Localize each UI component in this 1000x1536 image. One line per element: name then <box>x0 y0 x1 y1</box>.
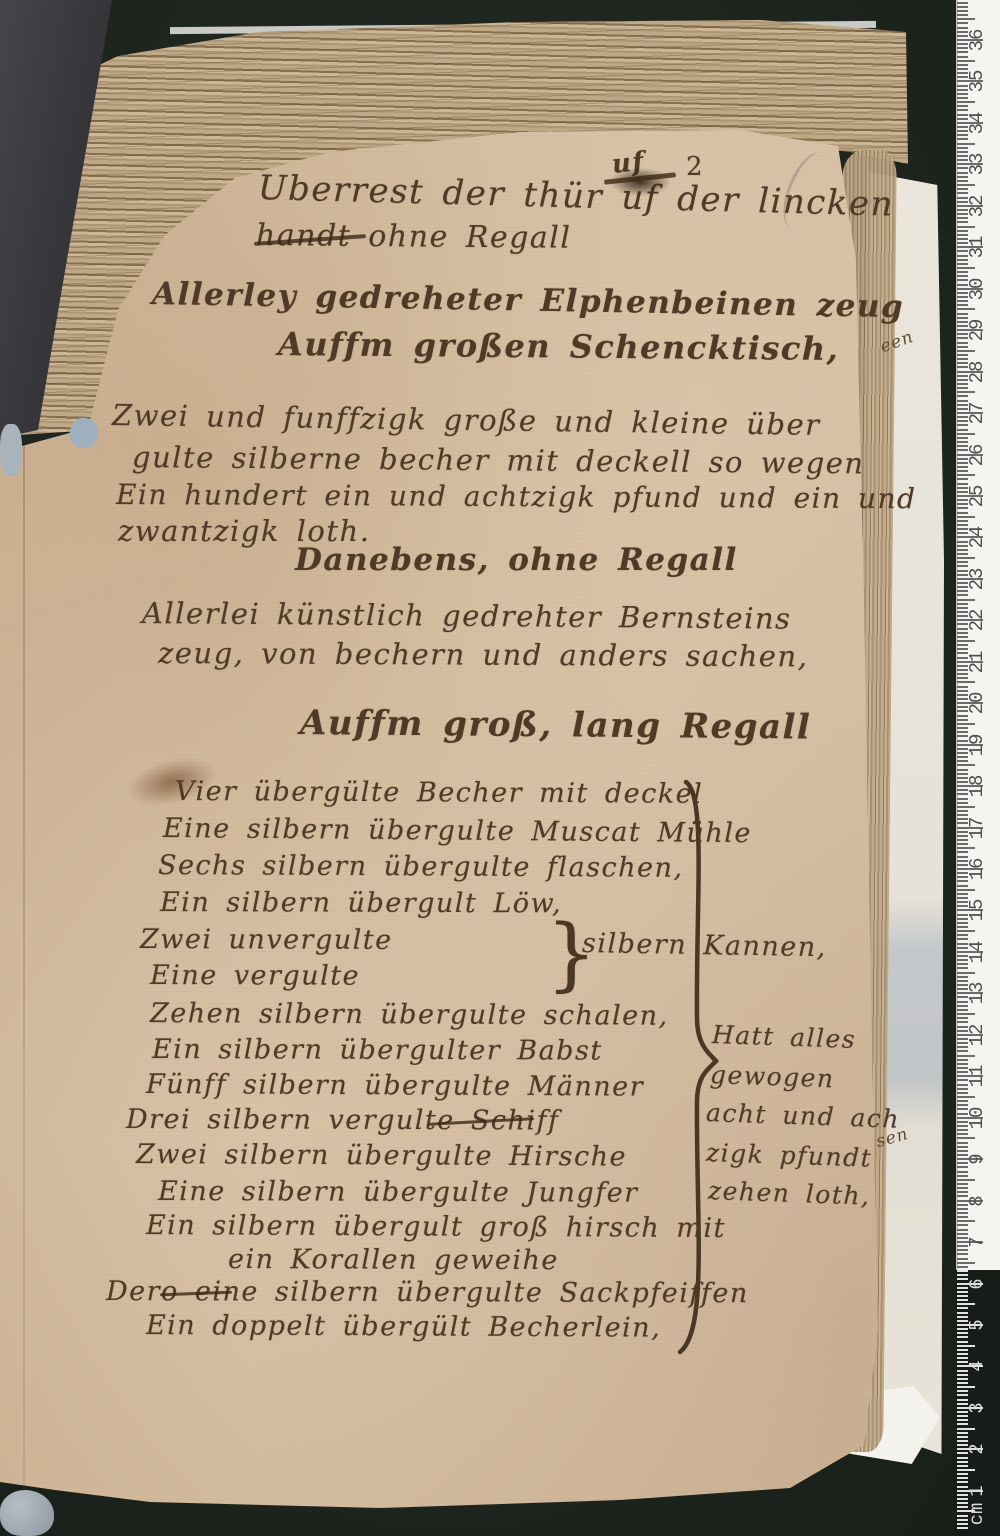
marginal-note-line: Hatt alles <box>711 1020 856 1054</box>
ruler-tick <box>957 383 968 385</box>
ruler-tick <box>957 1150 968 1152</box>
ruler-tick <box>957 1088 968 1090</box>
ruler-tick <box>957 147 968 149</box>
ruler-tick <box>957 1274 968 1276</box>
list-item: Eine silbern übergulte Jungfer <box>158 1176 639 1209</box>
ruler-number: 29 <box>969 315 985 345</box>
ruler-tick <box>957 806 975 808</box>
ruler-tick <box>957 1374 968 1376</box>
ruler-tick <box>957 632 968 634</box>
ruler-tick <box>957 1336 968 1338</box>
ruler-number: 30 <box>969 274 985 304</box>
page-weight <box>0 1490 54 1536</box>
ruler-tick <box>957 1527 968 1529</box>
ruler-tick <box>957 673 968 675</box>
list-item: Eine silbern übergulte Muscat Mühle <box>163 813 752 849</box>
ruler-tick <box>957 134 968 136</box>
ruler-tick <box>957 10 968 12</box>
ruler-tick <box>957 520 968 522</box>
ruler-tick <box>957 395 968 397</box>
list-item: Vier übergülte Becher mit deckel <box>175 776 703 810</box>
ruler-tick <box>957 1498 968 1500</box>
ruler-tick <box>957 358 968 360</box>
ruler-tick <box>957 1295 968 1297</box>
ruler-tick <box>957 636 968 638</box>
ruler-tick <box>957 1191 968 1193</box>
ruler-tick <box>957 354 968 356</box>
ruler-tick <box>957 516 975 518</box>
section-heading: Danebens, ohne Regall <box>295 542 738 578</box>
ruler-tick <box>957 217 968 219</box>
ruler-tick <box>957 308 975 310</box>
ruler-tick <box>957 731 968 733</box>
ruler-tick <box>957 474 975 476</box>
ruler-number: 27 <box>969 398 985 428</box>
ruler-tick <box>957 599 975 601</box>
ruler-number: 9 <box>969 1144 985 1174</box>
ruler-tick <box>957 429 968 431</box>
ruler-tick <box>957 1253 968 1255</box>
list-item: Zwei silbern übergulte Hirsche <box>136 1139 627 1173</box>
ruler-tick <box>957 723 975 725</box>
ruler-tick <box>957 1299 968 1301</box>
ruler-tick <box>957 1258 968 1260</box>
ruler-tick <box>957 391 975 393</box>
ruler-tick <box>957 1291 968 1293</box>
ruler-tick <box>957 1332 968 1334</box>
ruler-tick <box>957 839 968 841</box>
ruler-tick <box>957 967 968 969</box>
ruler-tick <box>957 1166 968 1168</box>
ruler-tick <box>957 60 975 62</box>
ruler-tick <box>957 263 968 265</box>
ruler-tick <box>957 681 975 683</box>
ruler-tick <box>957 851 968 853</box>
ruler-number: 6 <box>969 1269 985 1299</box>
ruler-tick <box>957 226 975 228</box>
ruler-tick <box>957 22 968 24</box>
ruler-tick <box>957 810 968 812</box>
list-item: ein Korallen geweihe <box>228 1244 559 1276</box>
ruler-tick <box>957 1137 975 1139</box>
ruler-tick <box>957 1220 975 1222</box>
ruler-tick <box>957 1187 968 1189</box>
ruler-tick <box>957 1469 975 1471</box>
ruler-tick <box>957 557 975 559</box>
list-brace <box>672 778 724 1360</box>
ruler-tick <box>957 470 968 472</box>
ruler-tick <box>957 1357 968 1359</box>
marginal-note-line: gewogen <box>709 1060 835 1093</box>
ruler-tick <box>957 1092 968 1094</box>
ruler-number: 18 <box>969 771 985 801</box>
title-line: handt ohne Regall <box>256 218 572 256</box>
ruler-tick <box>957 466 968 468</box>
list-item: Fünff silbern übergulte Männer <box>146 1069 644 1103</box>
ruler-number: 5 <box>969 1310 985 1340</box>
binding-cloth-fragment <box>0 424 22 476</box>
ruler-number: 10 <box>969 1103 985 1133</box>
marginal-note-line: zehen loth, <box>707 1176 870 1211</box>
ruler-tick <box>957 686 968 688</box>
ruler-number: 36 <box>969 25 985 55</box>
ruler-tick <box>957 1133 968 1135</box>
ruler-tick <box>957 1428 975 1430</box>
ruler-tick <box>957 640 975 642</box>
photographed-manuscript-scene: 2 } Uberrest der thür uf der linckenhand… <box>0 0 1000 1536</box>
body-line: gulte silberne becher mit deckell so weg… <box>132 440 865 480</box>
ruler-tick <box>957 2 968 4</box>
ruler-tick <box>957 441 968 443</box>
ruler-tick <box>957 1465 968 1467</box>
ruler-number: 22 <box>969 605 985 635</box>
ruler-tick <box>957 1096 975 1098</box>
list-item: Zehen silbern übergulte schalen, <box>150 998 669 1032</box>
ruler-tick <box>957 648 968 650</box>
ruler-tick <box>957 1461 968 1463</box>
ruler-tick <box>957 350 975 352</box>
ruler-tick <box>957 1349 968 1351</box>
ruler-tick <box>957 93 968 95</box>
ruler-tick <box>957 1440 968 1442</box>
ruler-tick <box>957 259 968 261</box>
ruler-tick <box>957 138 968 140</box>
ruler-tick <box>957 1262 975 1264</box>
ruler-tick <box>957 1341 968 1343</box>
ruler-tick <box>957 1436 968 1438</box>
ruler-tick <box>957 437 968 439</box>
ruler-tick <box>957 1390 968 1392</box>
ruler-tick <box>957 342 968 344</box>
ruler-tick <box>957 1104 968 1106</box>
ruler-tick <box>957 1005 968 1007</box>
ruler-tick <box>957 1399 968 1401</box>
ruler-tick <box>957 727 968 729</box>
ruler-tick <box>957 184 975 186</box>
ruler-number: 31 <box>969 232 985 262</box>
ruler-tick <box>957 798 968 800</box>
page-number: 2 <box>686 152 704 182</box>
ruler-tick <box>957 300 968 302</box>
ruler-number: 4 <box>969 1351 985 1381</box>
list-item: Sechs silbern übergulte flaschen, <box>158 850 684 884</box>
ruler-tick <box>957 760 968 762</box>
body-line: Ein hundert ein und achtzigk pfund und e… <box>116 478 917 515</box>
ruler-tick <box>957 1050 968 1052</box>
ruler-tick <box>957 1316 968 1318</box>
ruler-tick <box>957 590 968 592</box>
ruler-tick <box>957 346 968 348</box>
ruler-number: 7 <box>969 1227 985 1257</box>
ruler-tick <box>957 934 968 936</box>
ruler-tick <box>957 893 968 895</box>
ruler-number: 17 <box>969 813 985 843</box>
body-line: zeug, von bechern und anders sachen, <box>158 636 809 673</box>
ruler-tick <box>957 101 975 103</box>
ruler-tick <box>957 1017 968 1019</box>
ruler-tick <box>957 1208 968 1210</box>
ruler-tick <box>957 97 968 99</box>
ruler-tick <box>957 1473 968 1475</box>
ruler-number: 26 <box>969 440 985 470</box>
list-item: Ein doppelt übergült Becherlein, <box>146 1310 661 1344</box>
ruler-number: 11 <box>969 1061 985 1091</box>
ruler-tick <box>957 143 975 145</box>
ruler-number: 32 <box>969 191 985 221</box>
list-item: Zwei unvergulte <box>140 924 393 956</box>
ruler-tick <box>957 976 968 978</box>
ruler-tick <box>957 926 968 928</box>
ruler-tick <box>957 387 968 389</box>
ruler-tick <box>957 603 968 605</box>
ruler-tick <box>957 1378 968 1380</box>
ruler-tick <box>957 105 968 107</box>
ruler-tick <box>957 1382 968 1384</box>
ruler-number: 16 <box>969 854 985 884</box>
ruler-tick <box>957 1046 968 1048</box>
ruler-number: 15 <box>969 895 985 925</box>
ruler-number: 14 <box>969 937 985 967</box>
section-heading: Auffm großen Schencktisch, <box>278 325 840 368</box>
ruler-tick <box>957 1419 968 1421</box>
ruler-tick <box>957 719 968 721</box>
ruler-tick <box>957 1415 968 1417</box>
ruler-tick <box>957 433 975 435</box>
ruler-tick <box>957 1345 975 1347</box>
ruler-number: 13 <box>969 978 985 1008</box>
ruler-tick <box>957 14 968 16</box>
ruler-number: 8 <box>969 1186 985 1216</box>
ruler-tick <box>957 561 968 563</box>
ruler-tick <box>957 64 968 66</box>
ruler-tick <box>957 478 968 480</box>
ruler-tick <box>957 1477 968 1479</box>
ruler-tick <box>957 1270 968 1272</box>
ruler-tick <box>957 549 968 551</box>
ruler-number: 34 <box>969 108 985 138</box>
ruler-tick <box>957 1013 975 1015</box>
ruler-tick <box>957 880 968 882</box>
list-item: Eine vergulte <box>150 960 360 992</box>
ruler-number: 33 <box>969 149 985 179</box>
list-item: Ein silbern übergult Löw, <box>160 887 562 919</box>
ruler-tick <box>957 1216 968 1218</box>
ruler-tick <box>957 1146 968 1148</box>
ruler-tick <box>957 512 968 514</box>
ruler-tick <box>957 180 968 182</box>
ruler-tick <box>957 1009 968 1011</box>
ruler-number: 25 <box>969 481 985 511</box>
ruler-tick <box>957 56 968 58</box>
ruler-tick <box>957 1100 968 1102</box>
ruler-tick <box>957 847 975 849</box>
ruler-tick <box>957 1142 968 1144</box>
body-line: Allerlei künstlich gedrehter Bernsteins <box>142 596 792 636</box>
ruler-number: 20 <box>969 688 985 718</box>
ruler-tick <box>957 6 968 8</box>
ruler-tick <box>957 715 968 717</box>
ruler-tick <box>957 271 968 273</box>
list-item: Ein silbern übergulter Babst <box>152 1034 603 1067</box>
ruler-tick <box>957 764 975 766</box>
ruler-tick <box>957 313 968 315</box>
ruler-tick <box>957 1055 975 1057</box>
ruler-number: 2 <box>969 1434 985 1464</box>
ruler-tick <box>957 1059 968 1061</box>
ruler-tick <box>957 51 968 53</box>
ruler-tick <box>957 188 968 190</box>
ruler-tick <box>957 1457 968 1459</box>
ruler-tick <box>957 267 975 269</box>
ruler-tick <box>957 1312 968 1314</box>
ruler-tick <box>957 1394 968 1396</box>
ruler-number: 12 <box>969 1020 985 1050</box>
ruler-tick <box>957 1386 975 1388</box>
ruler-tick <box>957 1249 968 1251</box>
ruler-tick <box>957 769 968 771</box>
section-heading: Auffm groß, lang Regall <box>300 703 812 747</box>
ruler-tick <box>957 1307 968 1309</box>
ruler-tick <box>957 1183 968 1185</box>
ruler-tick <box>957 507 968 509</box>
ruler-tick <box>957 1171 968 1173</box>
ruler-tick <box>957 756 968 758</box>
ruler-tick <box>957 814 968 816</box>
list-item: Ein silbern übergult groß hirsch mit <box>146 1210 726 1244</box>
ruler-number: 24 <box>969 522 985 552</box>
ruler-tick <box>957 304 968 306</box>
ruler-tick <box>957 1179 975 1181</box>
ruler-number: 35 <box>969 66 985 96</box>
ruler-number: 23 <box>969 564 985 594</box>
ruler-tick <box>957 930 975 932</box>
ruler-tick <box>957 275 968 277</box>
ruler-tick <box>957 843 968 845</box>
ruler-number: 19 <box>969 730 985 760</box>
ruler-unit-label: cm <box>969 1499 985 1529</box>
ruler-tick <box>957 221 968 223</box>
ruler-tick <box>957 594 968 596</box>
ruler-number: 21 <box>969 647 985 677</box>
ruler-tick <box>957 1233 968 1235</box>
ruler-tick <box>957 176 968 178</box>
ruler-tick <box>957 963 968 965</box>
ruler-tick <box>957 18 975 20</box>
ruler-tick <box>957 802 968 804</box>
ruler-tick <box>957 972 975 974</box>
ruler-tick <box>957 230 968 232</box>
ruler-tick <box>957 1129 968 1131</box>
marginal-note-line: zigk pfundt <box>705 1138 872 1173</box>
ruler-tick <box>957 677 968 679</box>
ruler-tick <box>957 1212 968 1214</box>
ruler-tick <box>957 1224 968 1226</box>
ruler-tick <box>957 885 968 887</box>
page-crease <box>23 445 25 1493</box>
ruler-tick <box>957 644 968 646</box>
ruler-number: 3 <box>969 1393 985 1423</box>
ruler-tick <box>957 1423 968 1425</box>
ruler-tick <box>957 1303 975 1305</box>
ruler-tick <box>957 1175 968 1177</box>
ruler-tick <box>957 1266 968 1268</box>
ruler-tick <box>957 553 968 555</box>
ruler-tick <box>957 889 975 891</box>
ruler-number: 28 <box>969 357 985 387</box>
ruler-tick <box>957 1229 968 1231</box>
ruler-tick <box>957 1432 968 1434</box>
ruler-tick <box>957 922 968 924</box>
ruler-tick <box>957 1481 968 1483</box>
ruler-tick <box>957 1353 968 1355</box>
ruler-tick <box>957 424 968 426</box>
